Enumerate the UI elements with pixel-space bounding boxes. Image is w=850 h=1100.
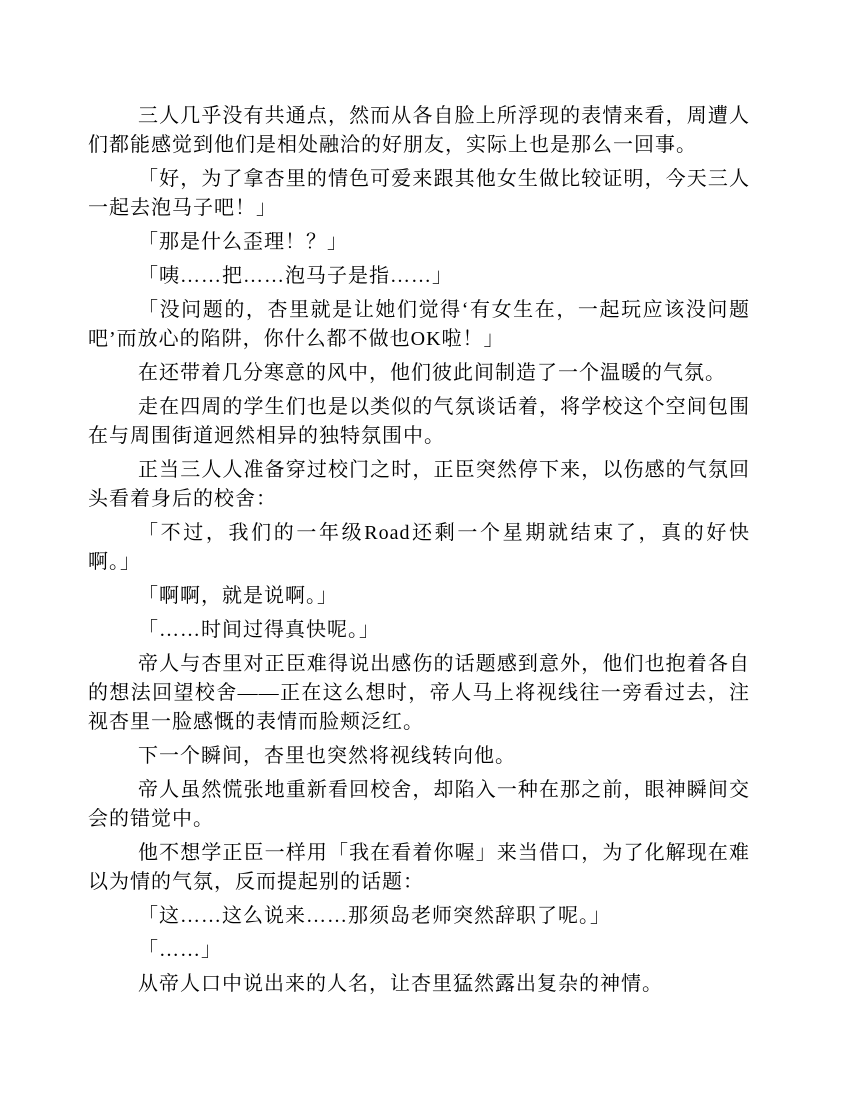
paragraph-narration-2: 在还带着几分寒意的风中，他们彼此间制造了一个温暖的气氛。 xyxy=(88,359,750,388)
paragraph-dialogue-5: 「不过，我们的一年级Road还剩一个星期就结束了，真的好快啊。」 xyxy=(88,519,750,577)
paragraph-dialogue-8: 「这……这么说来……那须岛老师突然辞职了呢。」 xyxy=(88,902,750,931)
paragraph-dialogue-7: 「……时间过得真快呢。」 xyxy=(88,616,750,645)
paragraph-dialogue-1: 「好，为了拿杏里的情色可爱来跟其他女生做比较证明，今天三人一起去泡马子吧！」 xyxy=(88,165,750,223)
paragraph-narration-9: 从帝人口中说出来的人名，让杏里猛然露出复杂的神情。 xyxy=(88,970,750,999)
paragraph-narration-5: 帝人与杏里对正臣难得说出感伤的话题感到意外，他们也抱着各自的想法回望校舍——正在… xyxy=(88,650,750,737)
paragraph-narration-3: 走在四周的学生们也是以类似的气氛谈话着，将学校这个空间包围在与周围街道迥然相异的… xyxy=(88,393,750,451)
paragraph-dialogue-9: 「……」 xyxy=(88,936,750,965)
text-block: 三人几乎没有共通点，然而从各自脸上所浮现的表情来看，周遭人们都能感觉到他们是相处… xyxy=(88,102,750,999)
paragraph-narration-4: 正当三人人准备穿过校门之时，正臣突然停下来，以伤感的气氛回头看着身后的校舍： xyxy=(88,456,750,514)
paragraph-narration-6: 下一个瞬间，杏里也突然将视线转向他。 xyxy=(88,742,750,771)
paragraph-narration-7: 帝人虽然慌张地重新看回校舍，却陷入一种在那之前，眼神瞬间交会的错觉中。 xyxy=(88,776,750,834)
paragraph-dialogue-4: 「没问题的，杏里就是让她们觉得‘有女生在，一起玩应该没问题吧’而放心的陷阱，你什… xyxy=(88,296,750,354)
paragraph-dialogue-3: 「咦……把……泡马子是指……」 xyxy=(88,262,750,291)
paragraph-dialogue-6: 「啊啊，就是说啊。」 xyxy=(88,582,750,611)
document-page: 三人几乎没有共通点，然而从各自脸上所浮现的表情来看，周遭人们都能感觉到他们是相处… xyxy=(0,0,850,1100)
paragraph-dialogue-2: 「那是什么歪理！？」 xyxy=(88,228,750,257)
paragraph-narration-1: 三人几乎没有共通点，然而从各自脸上所浮现的表情来看，周遭人们都能感觉到他们是相处… xyxy=(88,102,750,160)
paragraph-narration-8: 他不想学正臣一样用「我在看着你喔」来当借口，为了化解现在难以为情的气氛，反而提起… xyxy=(88,839,750,897)
